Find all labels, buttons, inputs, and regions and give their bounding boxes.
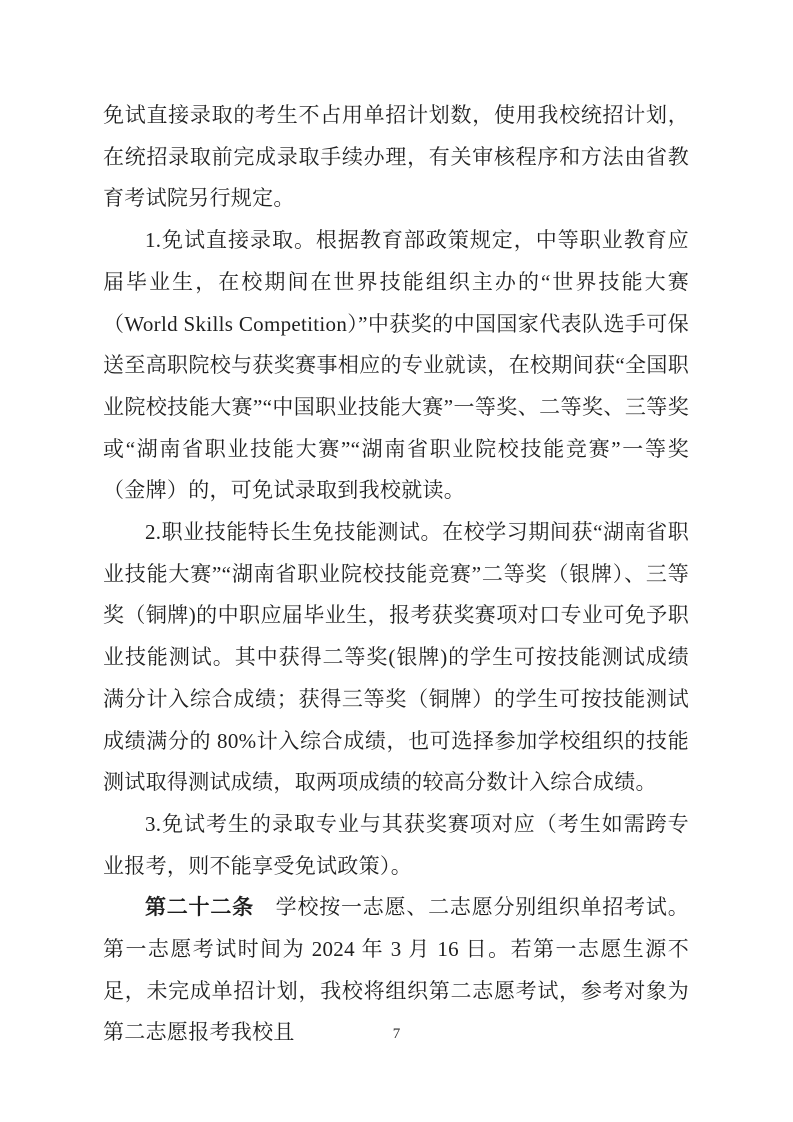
article-number-bold-text: 第二十二条 — [145, 895, 254, 919]
paragraph-item-2: 2.职业技能特长生免技能测试。在校学习期间获“湖南省职业技能大赛”“湖南省职业院… — [103, 512, 689, 804]
paragraph-text: 免试直接录取的考生不占用单招计划数，使用我校统招计划，在统招录取前完成录取手续办… — [103, 103, 689, 210]
page-number: 7 — [0, 1024, 793, 1044]
paragraph-continuation: 免试直接录取的考生不占用单招计划数，使用我校统招计划，在统招录取前完成录取手续办… — [103, 95, 689, 220]
paragraph-text: 2.职业技能特长生免技能测试。在校学习期间获“湖南省职业技能大赛”“湖南省职业院… — [103, 520, 689, 794]
paragraph-text: 3.免试考生的录取专业与其获奖赛项对应（考生如需跨专业报考，则不能享受免试政策）… — [103, 812, 689, 878]
document-body: 免试直接录取的考生不占用单招计划数，使用我校统招计划，在统招录取前完成录取手续办… — [103, 95, 689, 1054]
document-page: 免试直接录取的考生不占用单招计划数，使用我校统招计划，在统招录取前完成录取手续办… — [0, 0, 793, 1122]
paragraph-text: 1.免试直接录取。根据教育部政策规定，中等职业教育应届毕业生，在校期间在世界技能… — [103, 228, 689, 502]
paragraph-item-1: 1.免试直接录取。根据教育部政策规定，中等职业教育应届毕业生，在校期间在世界技能… — [103, 220, 689, 512]
paragraph-item-3: 3.免试考生的录取专业与其获奖赛项对应（考生如需跨专业报考，则不能享受免试政策）… — [103, 804, 689, 887]
